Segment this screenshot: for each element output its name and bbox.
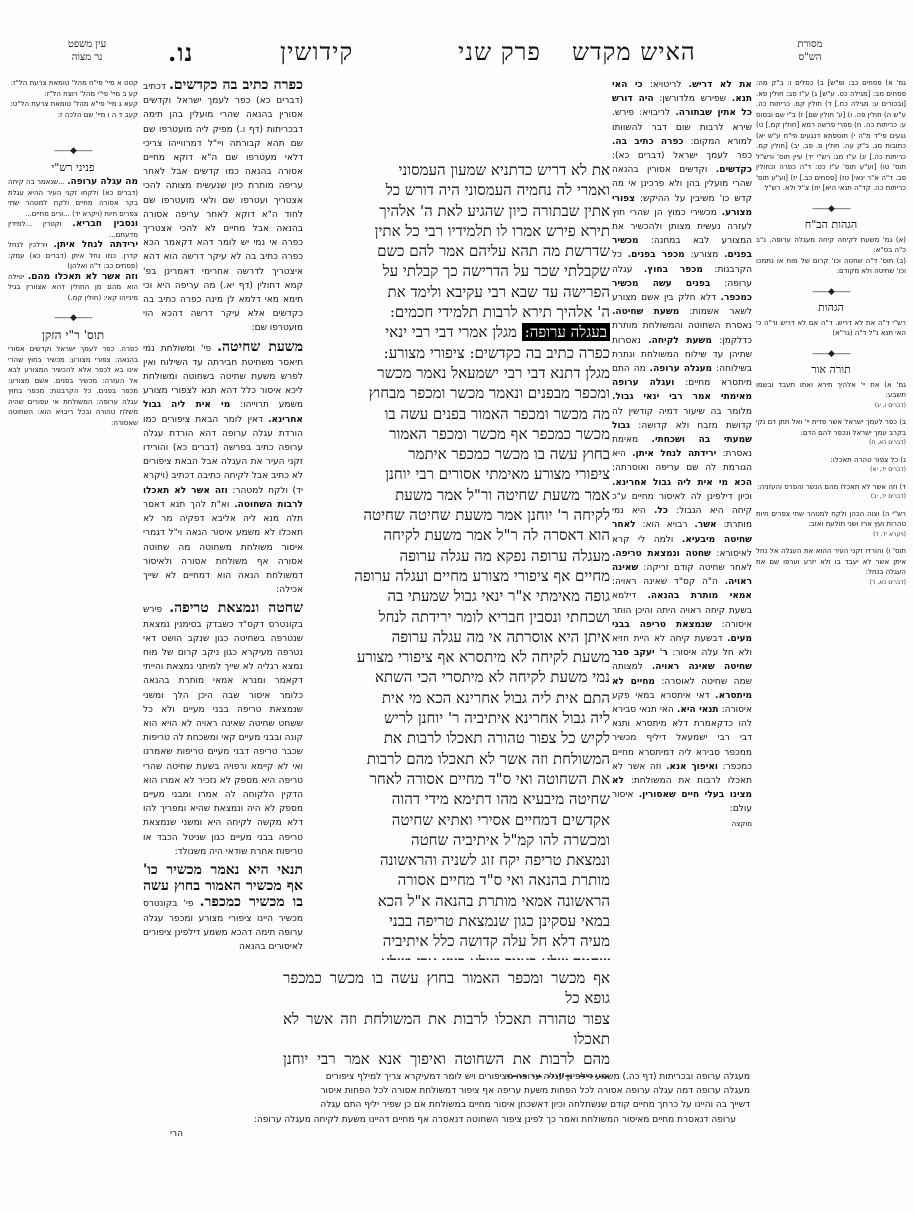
- tosafot-text: כפרה כתיב בה כקדשים. דכתיב (דברים כא) כפ…: [143, 78, 303, 336]
- rashi-comment: שפירש מלדורשן:: [659, 94, 726, 104]
- ein-mishpat-entry: קטט א מיי' פי"ח מהל' טומאת צרעת הל"ז:: [8, 78, 138, 89]
- gemara-line: ואמרי לה נחמיה העמסוני היה דורש כל: [310, 180, 610, 200]
- tosafot-text: משעת שחיטה. פי' ומשולחת נמי תיאסר משחיטת…: [143, 340, 303, 598]
- gemara-line: שחטה שלא באזוב ושלא בעץ ארז ושלא: [310, 952, 610, 960]
- gemara-line: שדרשת מה תהא עליהם אמר להם כשם: [310, 241, 610, 261]
- rashi-comment: מלומר בה שיעור דמיה קודשין לה קדושת מזבח…: [612, 407, 752, 431]
- rashi-dibur-hamatchil: אמאי מותרת בהנאה.: [647, 591, 752, 601]
- tosafot-line: ערופה דנאסרת מחיים מאיסור המשולחת ואמר כ…: [160, 1113, 750, 1127]
- gemara-line: לקיש כל צפור טהורה תאכלו לרבות את: [310, 728, 610, 748]
- torah-or-ref: (דברים כא, ח): [756, 438, 906, 449]
- rashi-dibur-hamatchil: את לא דריש.: [689, 80, 752, 90]
- mesoret-label-2: הש"ס: [775, 51, 845, 64]
- gemara-line-text: מגלן אמרי דבי רבי ינאי: [385, 323, 517, 341]
- gemara-line: בחוץ עשה בו מכשר כמכפר איתמר: [310, 444, 610, 464]
- tosafot-dibur-hamatchil: משעת שחיטה.: [217, 339, 303, 355]
- ein-mishpat-label-2: נר מצוה: [52, 51, 122, 64]
- rashi-dibur-hamatchil: מעגלה ערופה.: [650, 364, 712, 374]
- torah-or-entry: ד) וזה אשר לא תאכלו מהם הנשר והפרס והעזנ…: [756, 482, 906, 493]
- penini-rashi-heading: מה עגלה ערופה.: [67, 177, 138, 187]
- gemara-line: שחיטה מיבעיא מהו דתימא מידי דהוה: [310, 789, 610, 809]
- rashi-comment: כפר לעמך ישראל (דברים כא):: [612, 151, 752, 161]
- rashi-dibur-hamatchil: משעת שחיטה.: [612, 307, 679, 317]
- rashi-comment: מצורע:: [691, 250, 719, 260]
- tosafot-continuation: מעגלה ערופה ובכריתות (דף כה.) משמע דילפי…: [160, 1070, 750, 1141]
- gemara-wide-block: אף מכשר ומכפר האמור בחוץ עשה בו מכשר כמכ…: [283, 968, 610, 1078]
- gemara-line: ציפורי מצורע מאימתי אסורים רבי יוחנן: [310, 464, 610, 484]
- penini-rashi-entry: ירידתה לנחל איתן. וירלכין לנחל קדרן. כמו…: [8, 240, 138, 272]
- penini-rashi-entry: ונסבין חבריא. וקטרין ...למידין מדעתם...: [8, 219, 138, 240]
- mesoret-label: מסורת הש"ס: [775, 38, 845, 64]
- highlighted-heading: בעגלה ערופה:: [522, 323, 610, 341]
- hagahot-title: הגהות: [756, 303, 906, 314]
- gemara-line: אף מכשר ומכפר האמור בחוץ עשה בו מכשר כמכ…: [283, 968, 610, 1009]
- gemara-line: בעגלה ערופה: מגלן אמרי דבי רבי ינאי: [310, 322, 610, 342]
- ein-mishpat-entry: קע ב מיי' פי"י מהל' רוצח הל"ז:: [8, 89, 138, 100]
- tosafot-line: מעגלה ערופה ובכריתות (דף כה.) משמע דילפי…: [160, 1070, 750, 1084]
- tosafot-comment: דכתיב (דברים כא) כפר לעמך ישראל וקדשים א…: [143, 82, 303, 333]
- torah-or-ref: (דברים ו, יג): [756, 401, 906, 412]
- gemara-line: הראשונה אמאי מותרת בהנאה א"ל הכא: [310, 891, 610, 911]
- torah-or-entry: תוס' ו) והורדו זקני העיר ההוא את העגלה א…: [756, 546, 906, 578]
- gemara-column: את לא דריש כדתניא שמעון העמסוני ואמרי לה…: [310, 160, 610, 960]
- gemara-line: במאי עסקינן כגון שנמצאת טריפה בבני: [310, 911, 610, 931]
- gemara-line: מה מכשר ומכפר האמור בפנים עשה בו: [310, 404, 610, 424]
- tractate-name: קידושין: [280, 38, 353, 67]
- torah-or-ref: (דברים כא, ד): [756, 578, 906, 589]
- tosafot-line: דשייך בה והיינו על כרחך מחיים קודם שנשתל…: [160, 1098, 750, 1112]
- rashi-catchword: מוקצה: [612, 817, 752, 831]
- rashi-dibur-hamatchil: ואיפוך אנא.: [666, 762, 718, 772]
- ornament-divider: ——◆——: [756, 287, 906, 298]
- hagahot-habach-entry: (ב) תוס' ד"ה שחטה וכו' קרום של מוח או נת…: [756, 256, 906, 277]
- daf-number: נו.: [168, 38, 193, 68]
- gemara-line: ושכחתי ונסבין חבריא לומר ירידתה לנחל: [310, 607, 610, 627]
- gemara-line: משעת לקיחה לא מיתסרא אף ציפורי מצורע: [310, 647, 610, 667]
- torah-or-entry: ג) כל צפור טהרה תאכלו:: [756, 455, 906, 466]
- rashi-dibur-hamatchil: ירידתה לנחל איתן.: [632, 449, 716, 459]
- gemara-line: אתין שבתורה כיון שהגיע לאת ה' אלהיך: [310, 201, 610, 221]
- tosafot-ri-hazaken-text: כפרה. כפר לעמך ישראל וקדשים אסורי בהנאה:…: [8, 344, 138, 428]
- gemara-line: את לא דריש כדתניא שמעון העמסוני: [310, 160, 610, 180]
- ein-mishpat-entry: קעב ד ה ו מיי' שם הלכה ז:: [8, 110, 138, 121]
- chapter-name: האיש מקדש: [572, 38, 696, 67]
- talmud-page: עין משפט נר מצוה נו. קידושין פרק שני האי…: [0, 0, 914, 1213]
- gemara-line: לקיחה ר' יוחנן אמר משעת שחיטה שחיטה: [310, 505, 610, 525]
- tosafot-ri-hazaken-title: תוס' ר"י הזקן: [8, 330, 138, 341]
- gemara-line: שקבלתי שכר על הדרישה כך קבלתי על: [310, 261, 610, 281]
- rashi-dibur-hamatchil: כל.: [654, 506, 668, 516]
- gemara-line: אמר משעת שחיטה ור"ל אמר משעת: [310, 485, 610, 505]
- ornament-divider: ——◆——: [8, 313, 138, 324]
- gemara-line: מגלן דתנא דבי רבי ישמעאל נאמר מכשר: [310, 363, 610, 383]
- gemara-line: הוא דאסרה לה ר"ל אמר משעת לקיחה: [310, 525, 610, 545]
- rashi-dibur-hamatchil: מכפר בפנים.: [628, 250, 685, 260]
- gemara-line: ומכפר מבפנים ונאמר מכשר ומכפר מבחוץ: [310, 383, 610, 403]
- rashi-dibur-hamatchil: תנאי היא.: [677, 705, 719, 715]
- gemara-line: מכשר כמכפר אף מכשר ומכפר האמור: [310, 424, 610, 444]
- gemara-line: נמי משעת לקיחה לא מיתסרי הכי השתא: [310, 667, 610, 687]
- tosafot-dibur-hamatchil: שחטה ונמצאת טריפה.: [169, 600, 303, 616]
- tosafot-comment: פירש בקונטרס דקס"ד כשבדק בסימנין נמצאת ש…: [143, 605, 303, 856]
- ornament-divider: ——◆——: [756, 349, 906, 360]
- hagahot-habach-entry: (א) גמ' משעת לקיחה קיחה מעגלה ערופה. נ"ב…: [756, 235, 906, 256]
- gemara-line: תירא פירש אמרו לו תלמידיו רבי כל אתין: [310, 221, 610, 241]
- ein-mishpat-entry: קעא ג מיי' פי"א מהל' טומאת צרעת הל"ט:: [8, 99, 138, 110]
- torah-or-ref: (דברים יד, יא): [756, 465, 906, 476]
- rashi-dibur-hamatchil: אשר.: [694, 520, 716, 530]
- chapter-number: פרק שני: [458, 38, 541, 67]
- rashi-comment: לאחר שחיטה קודם זריקה:: [643, 563, 752, 573]
- gemara-line: המשולחת וזה אשר לא תאכלו מהם לרבות: [310, 749, 610, 769]
- tosafot-column: כפרה כתיב בה כקדשים. דכתיב (דברים כא) כפ…: [143, 78, 303, 1058]
- penini-rashi-entry: מה עגלה ערופה. ...שנאמר בה קיחה (דברים כ…: [8, 177, 138, 219]
- gemara-line: ונמצאת טריפה יקח זוג לשניה והראשונה: [310, 850, 610, 870]
- torah-or-entry: רש"י ה) וצוה הכהן ולקח למטהר שתי צפרים ח…: [756, 509, 906, 530]
- tosafot-line: מעגלה ערופה דמה עגלה ערופה אסורה לכל הפח…: [160, 1084, 750, 1098]
- gemara-line: את השחוטה ואי ס"ד מחיים אסורה לאחר: [310, 769, 610, 789]
- rashi-dibur-hamatchil: הכא מי אית ליה גבול אחרינא.: [612, 478, 752, 488]
- penini-rashi-title: פניני רש"י: [8, 163, 138, 174]
- tosafot-comment: דאין לומר הבאת ציפורים כמו הורדת עגלה ער…: [143, 415, 303, 496]
- tosafot-text: תנאי היא נאמר מכשיר כו' אף מכשיר האמור ב…: [143, 863, 303, 954]
- gemara-line: ליה גבול אחרינא איתיביה ר' יוחנן לריש: [310, 708, 610, 728]
- rashi-comment: רבויא הוא:: [642, 520, 687, 530]
- gemara-line: התם אית ליה גבול אחרינא הכא מי אית: [310, 688, 610, 708]
- rashi-comment: ה"ה קס"ד שאינה ראויה:: [612, 577, 718, 587]
- mesoret-label-1: מסורת: [775, 38, 845, 51]
- gemara-line: ומכשרה להו קמ"ל איתיביה שחטה: [310, 830, 610, 850]
- gemara-line: אקדשים דמחיים אסירי ואתיא שחיטה: [310, 810, 610, 830]
- penini-rashi-entry: וזה אשר לא תאכלו מהם. יטילה הוא מהם מן ה…: [8, 272, 138, 304]
- gemara-line: הפרישה עד שבא רבי עקיבא ולימד את: [310, 282, 610, 302]
- gemara-line: צפור טהורה תאכלו לרבות את המשולחת וזה אש…: [283, 1009, 610, 1050]
- rashi-comment: לריטויא:: [650, 80, 682, 90]
- tosafot-dibur-hamatchil: כפרה כתיב בה כקדשים.: [169, 78, 303, 93]
- gemara-line: כפרה כתיב בה כקדשים: ציפורי מצורע:: [310, 343, 610, 363]
- gemara-line: מעגלה ערופה נפקא מה עגלה ערופה: [310, 546, 610, 566]
- ein-mishpat-label-1: עין משפט: [52, 38, 122, 51]
- gemara-line: גופה מאימתי א"ר ינאי גבול שמעתי בה: [310, 586, 610, 606]
- rashi-dibur-hamatchil: מכפר בחוץ.: [644, 265, 703, 275]
- torah-or-ref: (דברים יד, יב): [756, 492, 906, 503]
- torah-or-entry: גמ' א) את יי' אלהיך תירא ואתו תעבד ובשמו…: [756, 380, 906, 401]
- rashi-dibur-hamatchil: כקדשים.: [716, 165, 752, 175]
- mesoret-hashas-column: גמ' א) פסחים כב: ופ"ש] ב) כסלים ו: ב"ק מ…: [756, 78, 906, 898]
- torah-or-entry: ב) כפר לעמך ישראל אשר פדית יי' ואל תתן ד…: [756, 417, 906, 438]
- gemara-line: ה' אלהיך תירא לרבות תלמידי חכמים:: [310, 302, 610, 322]
- tosafot-text: שחטה ונמצאת טריפה. פירש בקונטרס דקס"ד כש…: [143, 601, 303, 859]
- torah-or-ref: (ויקרא יד, ד): [756, 530, 906, 541]
- gemara-line: מותרת בהנאה ואי ס"ד מחיים אסורה: [310, 870, 610, 890]
- gemara-line: מעיה דלא חל עלה קדושה כלל איתיביה: [310, 931, 610, 951]
- gemara-line: מחיים אף ציפורי מצורע מחיים ועגלה ערופה: [310, 566, 610, 586]
- rashi-dibur-hamatchil: כפרה כתיב בה.: [612, 137, 684, 147]
- ornament-divider: ——◆——: [8, 146, 138, 157]
- gemara-line: איתן היא אוסרתה אי מה עגלה ערופה: [310, 627, 610, 647]
- page-header: עין משפט נר מצוה נו. קידושין פרק שני האי…: [0, 36, 914, 72]
- penini-rashi-heading: ונסבין חבריא.: [72, 219, 138, 229]
- hagahot-entry: רש"י ד"ה את לא דריש. ד"ה אם לא דריש ור"ה…: [756, 318, 906, 339]
- penini-rashi-heading: ירידתה לנחל איתן.: [53, 240, 138, 250]
- ein-mishpat-label: עין משפט נר מצוה: [52, 38, 122, 64]
- ein-mishpat-column: קטט א מיי' פי"ח מהל' טומאת צרעת הל"ז: קע…: [8, 78, 138, 778]
- rashi-text: את לא דריש. לריטויא: כי האי תנא. שפירש מ…: [612, 78, 752, 817]
- catchword: הרי: [160, 1127, 750, 1141]
- rashi-dibur-hamatchil: שחטה ונמצאת טריפה.: [612, 549, 711, 559]
- penini-rashi-heading: וזה אשר לא תאכלו מהם.: [28, 272, 138, 282]
- mesoret-hashas-entries: גמ' א) פסחים כב: ופ"ש] ב) כסלים ו: ב"ק מ…: [756, 78, 906, 194]
- ornament-divider: ——◆——: [756, 204, 906, 215]
- hagahot-habach-title: הגהות הב"ח: [756, 220, 906, 231]
- torah-or-title: תורה אור: [756, 365, 906, 376]
- rashi-column: את לא דריש. לריטויא: כי האי תנא. שפירש מ…: [612, 78, 752, 958]
- rashi-dibur-hamatchil: משעת לקיחה.: [648, 336, 712, 346]
- tosafot-comment: וא"ת להך תנא דאסר תלה מנא ליה אליבא דפקי…: [143, 500, 303, 595]
